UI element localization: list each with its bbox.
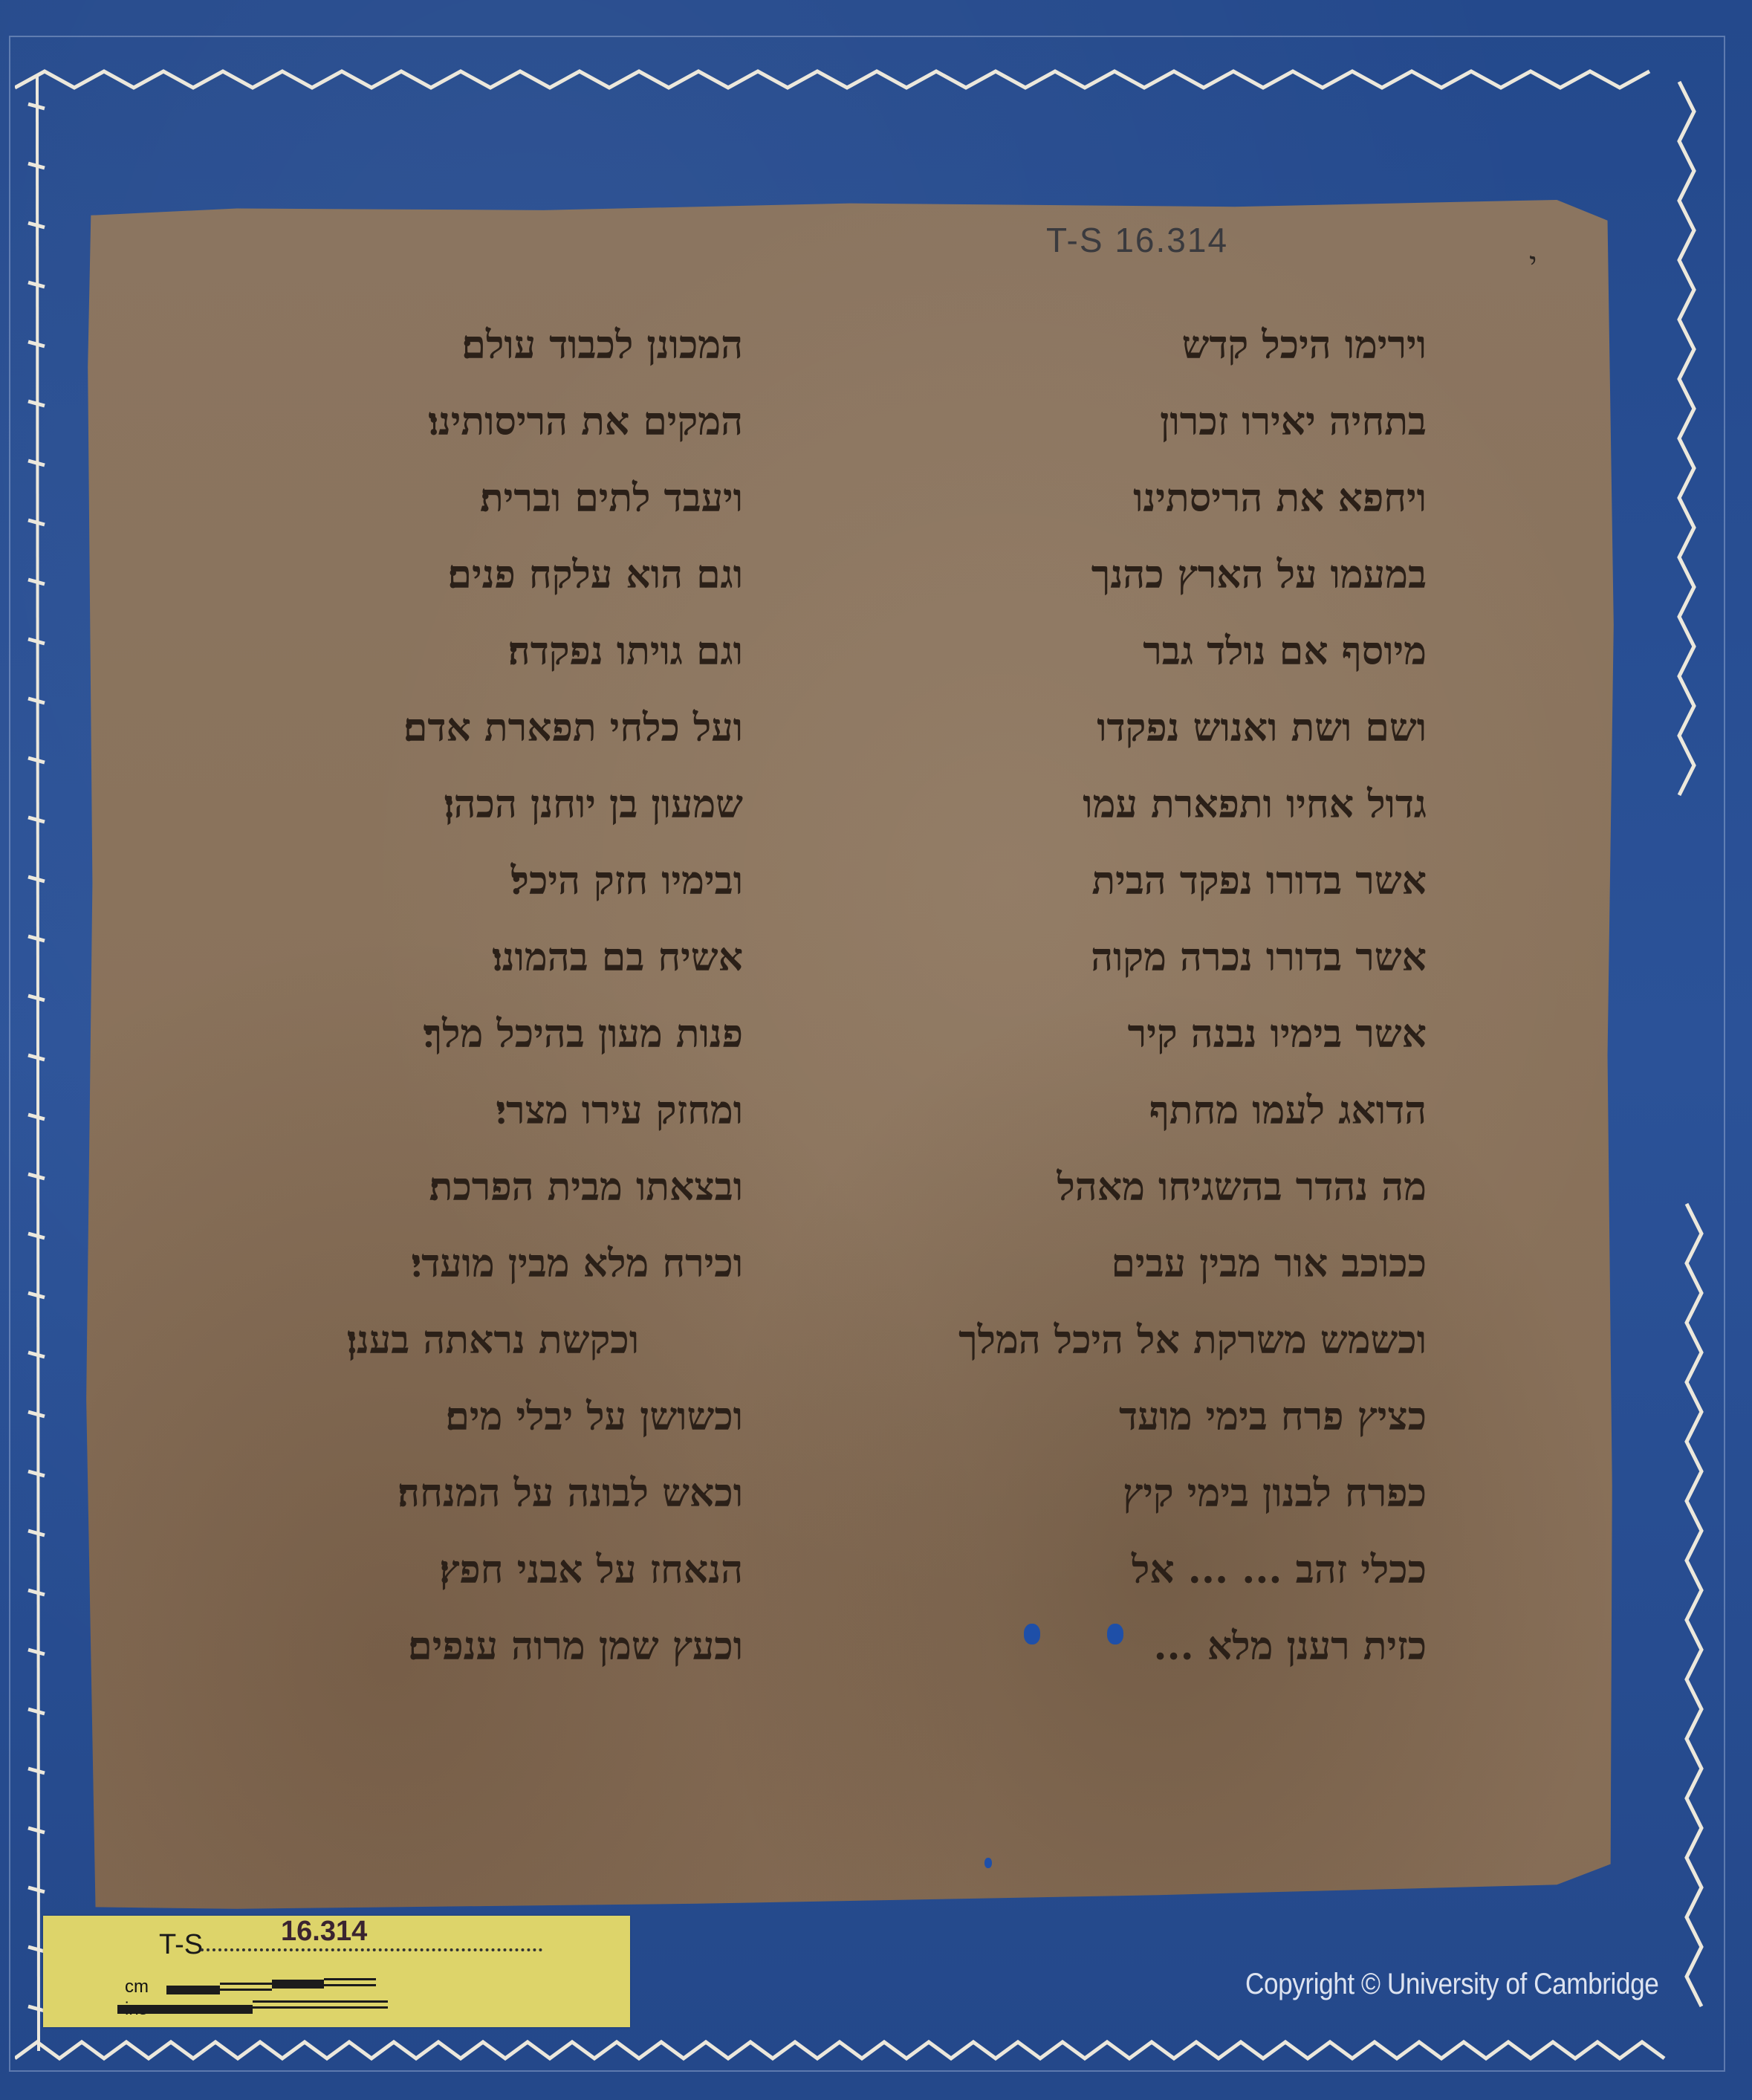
text-line: כזית רענן מלא ... וכעץ שמן מרוה ענפים׃ bbox=[223, 1621, 1427, 1673]
left-hemistich: וכאש לבונה על המנחה׃ bbox=[398, 1468, 743, 1520]
right-hemistich: ככוכב אור מבין עבים bbox=[1111, 1238, 1427, 1290]
left-hemistich: ויעבד לתים וברית׃ bbox=[480, 473, 743, 525]
left-hemistich: וכשושן על יבלי מים׃ bbox=[445, 1391, 743, 1443]
label-cm: cm bbox=[125, 1977, 149, 1997]
text-line: גדול אחיו ותפארת עמו שמעון בן יוחנן הכהן… bbox=[223, 779, 1427, 831]
right-hemistich: הדואג לעמו מחתף bbox=[1149, 1085, 1427, 1137]
right-hemistich: ושם ושת ואנוש נפקדו bbox=[1097, 702, 1427, 754]
stitch-bottom bbox=[15, 2036, 1679, 2073]
page-mark: י bbox=[1529, 245, 1537, 280]
right-hemistich: ויחפא את הריסתינו bbox=[1133, 473, 1427, 525]
left-hemistich: המכונן לכבוד עולם׃ bbox=[462, 320, 743, 372]
blue-ink-spot bbox=[1107, 1624, 1123, 1644]
right-hemistich: מה נהדר בהשגיחו מאהל bbox=[1057, 1161, 1427, 1213]
left-hemistich: שמעון בן יוחנן הכהן׃ bbox=[444, 779, 743, 831]
left-hemistich: וכקשת נראתה בענן׃ bbox=[347, 1315, 639, 1367]
left-hemistich: הנאחז על אבני חפץ׃ bbox=[439, 1544, 743, 1596]
stitch-right-upper bbox=[1664, 67, 1709, 810]
left-hemistich: ובימיו חזק היכל׃ bbox=[511, 855, 743, 907]
right-hemistich: וירימו היכל קדש bbox=[1182, 320, 1427, 372]
right-hemistich: כפרח לבנון בימי קיץ bbox=[1123, 1468, 1427, 1520]
label-number: 16.314 bbox=[281, 1916, 367, 1948]
left-hemistich: ומחזק עירו מצרי׃ bbox=[496, 1085, 743, 1137]
text-line: ויחפא את הריסתינו ויעבד לתים וברית׃ bbox=[223, 473, 1427, 525]
label-dotted-line bbox=[201, 1948, 542, 1951]
left-hemistich: וכעץ שמן מרוה ענפים׃ bbox=[408, 1621, 743, 1673]
text-line: הדואג לעמו מחתף ומחזק עירו מצרי׃ bbox=[223, 1085, 1427, 1137]
right-hemistich: אשר בימיו נבנה קיר bbox=[1128, 1008, 1427, 1060]
text-line: ככוכב אור מבין עבים וכירח מלא מבין מועדי… bbox=[223, 1238, 1427, 1290]
copyright-notice: Copyright © University of Cambridge bbox=[1245, 1968, 1658, 2001]
handwritten-shelfmark: T-S 16.314 bbox=[1046, 220, 1228, 260]
left-hemistich: וגם גויתו נפקדה׃ bbox=[508, 626, 743, 678]
scale-ruler-ins bbox=[117, 2000, 385, 2012]
text-line: כפרח לבנון בימי קיץ וכאש לבונה על המנחה׃ bbox=[223, 1468, 1427, 1520]
text-line: מיוסף אם נולד גבר וגם גויתו נפקדה׃ bbox=[223, 626, 1427, 678]
right-hemistich: מיוסף אם נולד גבר bbox=[1143, 626, 1427, 678]
text-line: ושם ושת ואנוש נפקדו ועל כלחי תפארת אדם׃ bbox=[223, 702, 1427, 754]
left-hemistich: המקים את הריסותינו׃ bbox=[429, 396, 744, 448]
text-line: מה נהדר בהשגיחו מאהל ובצאתו מבית הפרכת׃ bbox=[223, 1161, 1427, 1213]
stitch-right-lower bbox=[1672, 1189, 1716, 2021]
right-hemistich: אשר בדורו נכרה מקוה bbox=[1091, 932, 1427, 984]
text-line: וירימו היכל קדש המכונן לכבוד עולם׃ bbox=[223, 320, 1427, 372]
left-hemistich: אשיח בם בהמונו׃ bbox=[492, 932, 743, 984]
blue-ink-spot bbox=[984, 1858, 992, 1868]
blue-ink-spot bbox=[1024, 1624, 1040, 1644]
left-hemistich: וגם הוא עלקח פנים׃ bbox=[448, 549, 743, 601]
text-line: ככלי זהב ... ... אל הנאחז על אבני חפץ׃ bbox=[223, 1544, 1427, 1596]
right-hemistich: וכשמש משרקת אל היכל המלך bbox=[958, 1315, 1427, 1367]
right-hemistich: אשר בדורו נפקד הבית bbox=[1091, 855, 1427, 907]
text-line: בתחיה יאירו זכרון המקים את הריסותינו׃ bbox=[223, 396, 1427, 448]
left-hemistich: וכירח מלא מבין מועדי׃ bbox=[412, 1238, 744, 1290]
scale-ruler-cm bbox=[166, 1978, 371, 1990]
text-line: אשר בדורו נפקד הבית ובימיו חזק היכל׃ bbox=[223, 855, 1427, 907]
shelfmark-label: T-S 16.314 cm ins bbox=[43, 1916, 630, 2027]
right-hemistich: ככלי זהב ... ... אל bbox=[1132, 1544, 1427, 1596]
text-line: כציץ פרח בימי מועד וכשושן על יבלי מים׃ bbox=[223, 1391, 1427, 1443]
right-hemistich: בתחיה יאירו זכרון bbox=[1160, 396, 1427, 448]
left-hemistich: ובצאתו מבית הפרכת׃ bbox=[429, 1161, 743, 1213]
text-line: אשר בימיו נבנה קיר פנות מעון בהיכל מלך׃ bbox=[223, 1008, 1427, 1060]
stitch-top bbox=[15, 58, 1664, 103]
right-hemistich: כזית רענן מלא ... bbox=[1153, 1621, 1427, 1673]
left-hemistich: פנות מעון בהיכל מלך׃ bbox=[424, 1008, 743, 1060]
right-hemistich: כציץ פרח בימי מועד bbox=[1119, 1391, 1427, 1443]
right-hemistich: גדול אחיו ותפארת עמו bbox=[1083, 779, 1427, 831]
text-line: וכשמש משרקת אל היכל המלך וכקשת נראתה בענ… bbox=[223, 1315, 1427, 1367]
text-line: אשר בדורו נכרה מקוה אשיח בם בהמונו׃ bbox=[223, 932, 1427, 984]
right-hemistich: במעמו על הארץ כהנך bbox=[1091, 549, 1427, 601]
left-hemistich: ועל כלחי תפארת אדם׃ bbox=[403, 702, 743, 754]
stitch-left bbox=[22, 74, 67, 2051]
label-prefix: T-S bbox=[159, 1929, 203, 1961]
text-line: במעמו על הארץ כהנך וגם הוא עלקח פנים׃ bbox=[223, 549, 1427, 601]
